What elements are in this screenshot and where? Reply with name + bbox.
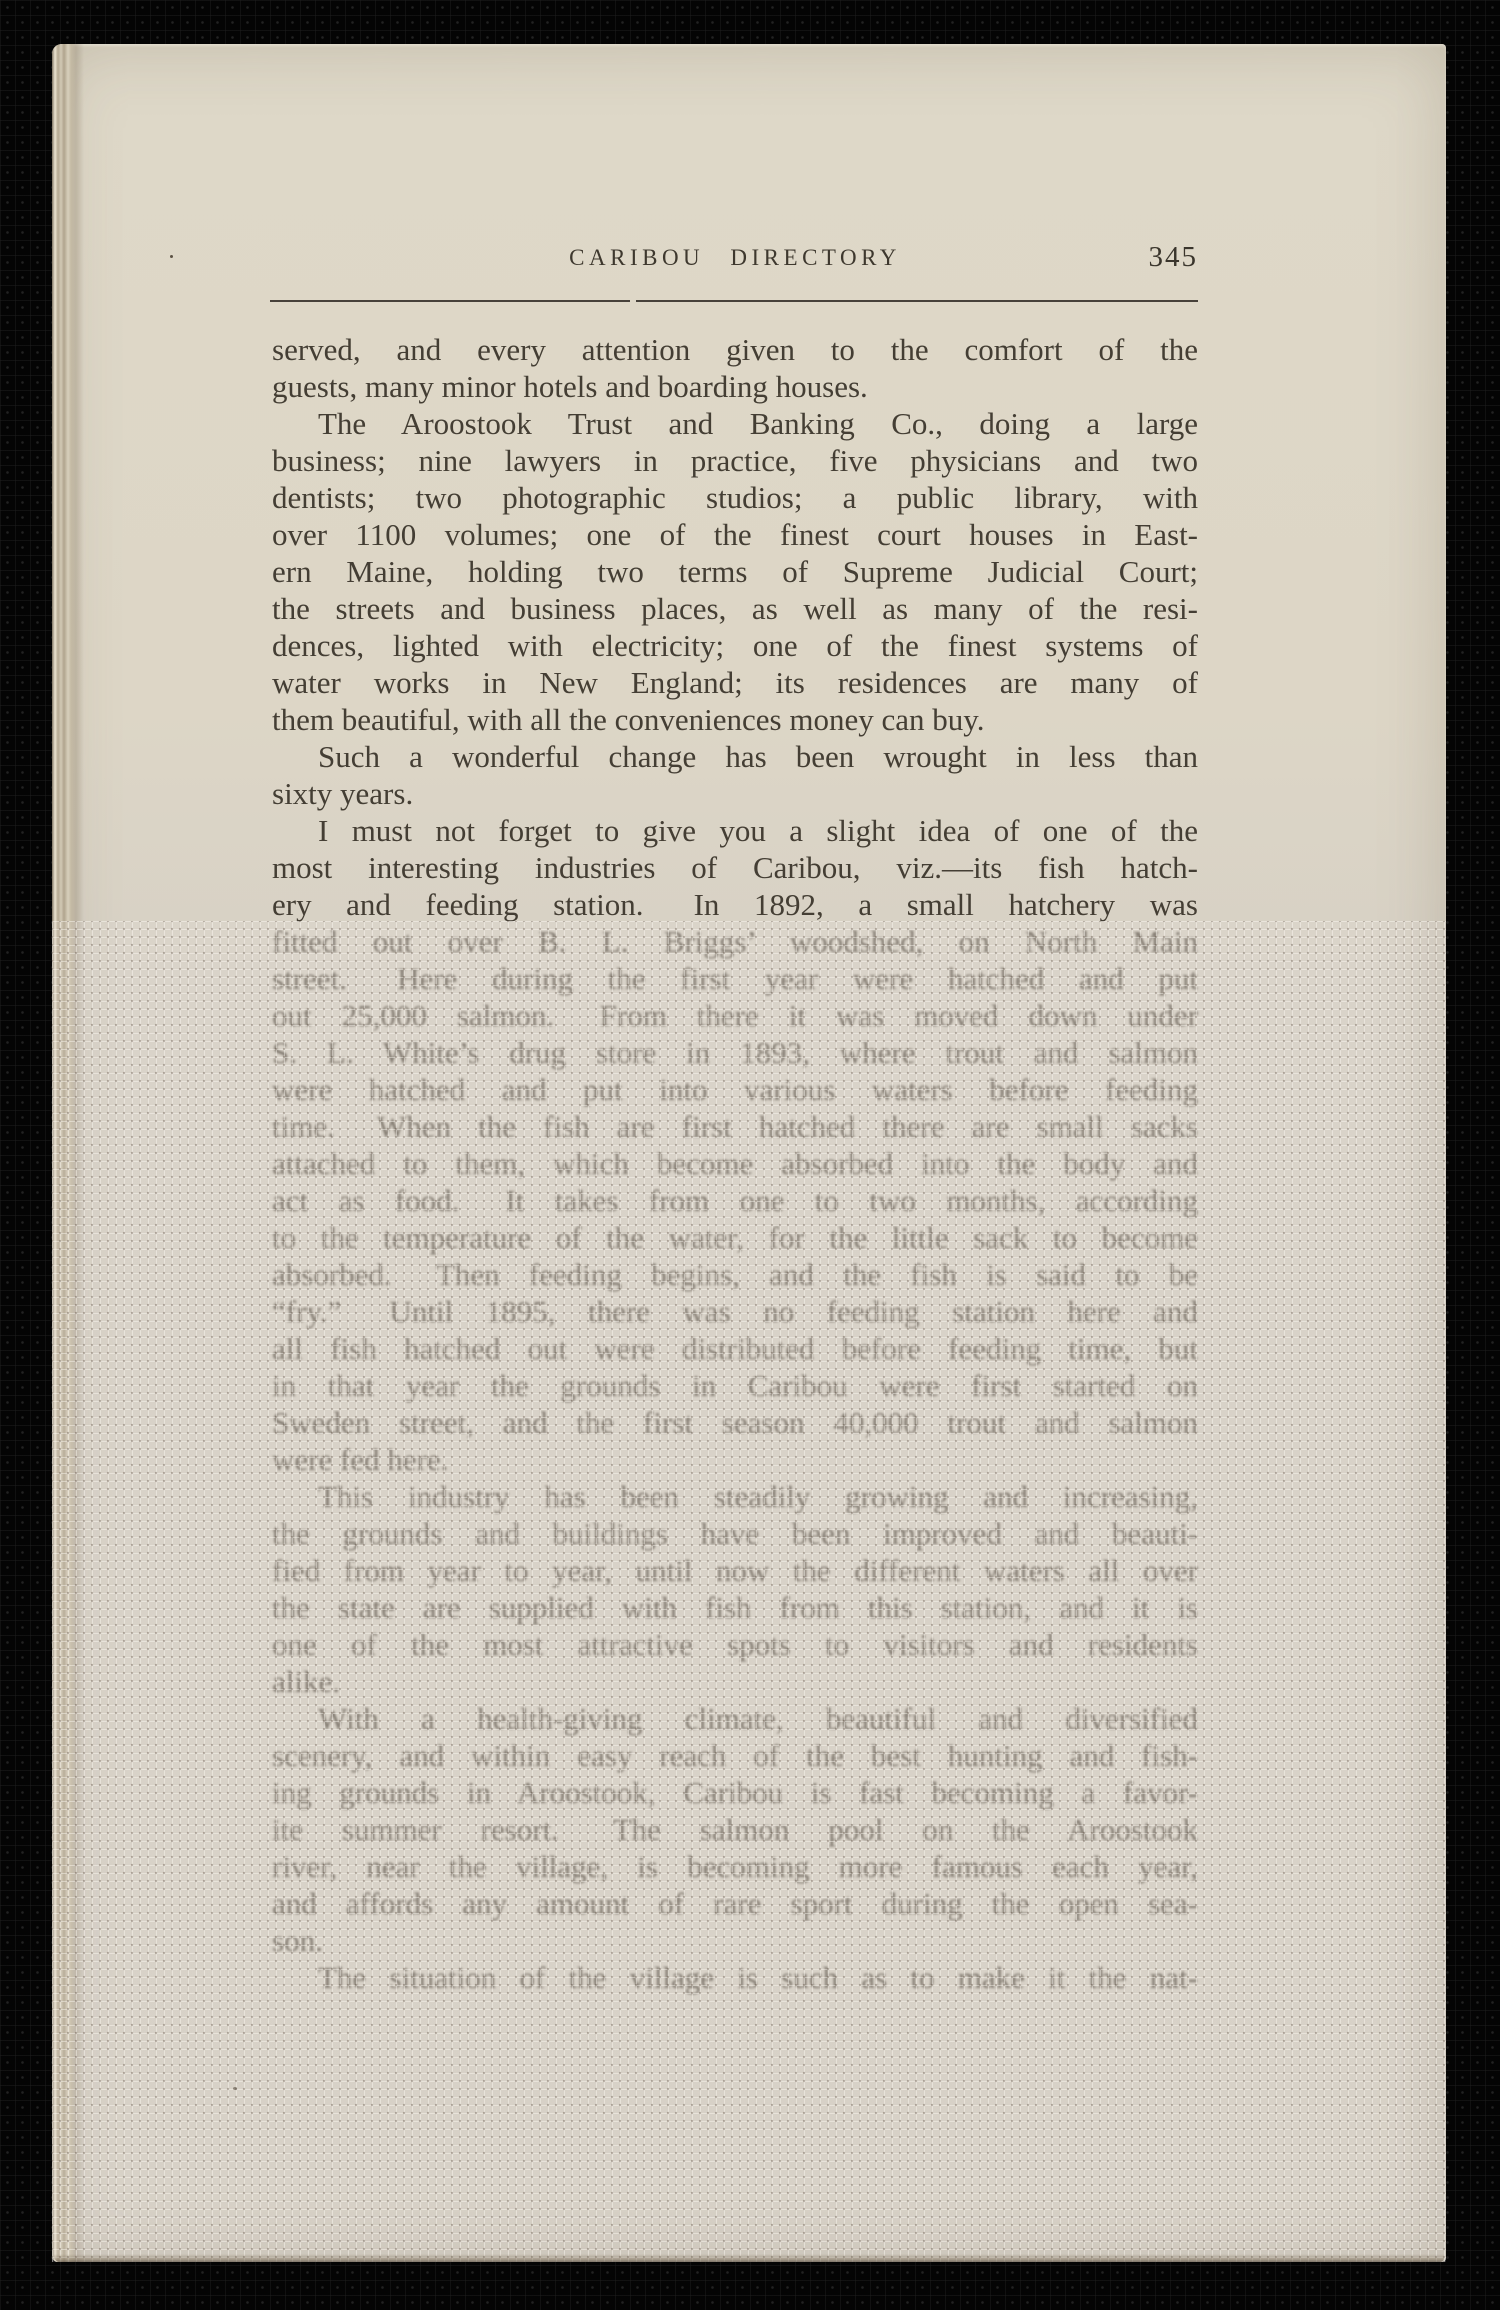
body-text-sharp: served, and every attention given to the… xyxy=(272,331,1198,923)
text-line: I must not forget to give you a slight i… xyxy=(272,812,1198,849)
text-line: over 1100 volumes; one of the finest cou… xyxy=(272,516,1198,553)
text-line: ite summer resort. The salmon pool on th… xyxy=(272,1811,1198,1848)
text-line: ing grounds in Aroostook, Caribou is fas… xyxy=(272,1774,1198,1811)
text-line: water works in New England; its residenc… xyxy=(272,664,1198,701)
text-line: them beautiful, with all the convenience… xyxy=(272,701,1198,738)
text-line: most interesting industries of Caribou, … xyxy=(272,849,1198,886)
text-line: The Aroostook Trust and Banking Co., doi… xyxy=(272,405,1198,442)
text-line: The situation of the village is such as … xyxy=(272,1959,1198,1996)
text-line: served, and every attention given to the… xyxy=(272,331,1198,368)
text-line: business; nine lawyers in practice, five… xyxy=(272,442,1198,479)
text-line: the streets and business places, as well… xyxy=(272,590,1198,627)
text-line: S. L. White’s drug store in 1893, where … xyxy=(272,1034,1198,1071)
text-line: absorbed. Then feeding begins, and the f… xyxy=(272,1256,1198,1293)
text-line: in that year the grounds in Caribou were… xyxy=(272,1367,1198,1404)
paper-speck xyxy=(233,2087,237,2090)
text-line: were fed here. xyxy=(272,1441,1198,1478)
text-line: and affords any amount of rare sport dur… xyxy=(272,1885,1198,1922)
text-line: street. Here during the first year were … xyxy=(272,960,1198,997)
page-title: CARIBOU DIRECTORY xyxy=(569,245,901,270)
text-line: attached to them, which become absorbed … xyxy=(272,1145,1198,1182)
header-rule-left xyxy=(270,300,630,302)
text-line: ery and feeding station. In 1892, a smal… xyxy=(272,886,1198,923)
scan-background: { "page": { "header": { "title": "CARIBO… xyxy=(0,0,1500,2310)
text-line: the state are supplied with fish from th… xyxy=(272,1589,1198,1626)
text-line: all fish hatched out were distributed be… xyxy=(272,1330,1198,1367)
text-line: “fry.” Until 1895, there was no feeding … xyxy=(272,1293,1198,1330)
text-line: Sweden street, and the first season 40,0… xyxy=(272,1404,1198,1441)
text-line: were hatched and put into various waters… xyxy=(272,1071,1198,1108)
body-text-faded: fitted out over B. L. Briggs’ woodshed, … xyxy=(272,923,1198,1996)
text-line: dences, lighted with electricity; one of… xyxy=(272,627,1198,664)
text-line: Such a wonderful change has been wrought… xyxy=(272,738,1198,775)
text-line: scenery, and within easy reach of the be… xyxy=(272,1737,1198,1774)
paper-speck xyxy=(170,255,173,258)
text-line: fitted out over B. L. Briggs’ woodshed, … xyxy=(272,923,1198,960)
text-line: guests, many minor hotels and boarding h… xyxy=(272,368,1198,405)
text-line: With a health-giving climate, beautiful … xyxy=(272,1700,1198,1737)
text-line: dentists; two photographic studios; a pu… xyxy=(272,479,1198,516)
text-line: act as food. It takes from one to two mo… xyxy=(272,1182,1198,1219)
header-rule-right xyxy=(636,300,1198,302)
text-line: son. xyxy=(272,1922,1198,1959)
text-line: alike. xyxy=(272,1663,1198,1700)
text-line: to the temperature of the water, for the… xyxy=(272,1219,1198,1256)
text-line: the grounds and buildings have been impr… xyxy=(272,1515,1198,1552)
text-line: fied from year to year, until now the di… xyxy=(272,1552,1198,1589)
text-line: out 25,000 salmon. From there it was mov… xyxy=(272,997,1198,1034)
text-line: This industry has been steadily growing … xyxy=(272,1478,1198,1515)
text-line: river, near the village, is becoming mor… xyxy=(272,1848,1198,1885)
text-line: time. When the fish are first hatched th… xyxy=(272,1108,1198,1145)
text-line: one of the most attractive spots to visi… xyxy=(272,1626,1198,1663)
page-header: CARIBOU DIRECTORY 345 xyxy=(272,245,1198,279)
book-page: CARIBOU DIRECTORY 345 served, and every … xyxy=(52,44,1446,2262)
text-line: ern Maine, holding two terms of Supreme … xyxy=(272,553,1198,590)
page-number: 345 xyxy=(1149,241,1199,274)
text-line: sixty years. xyxy=(272,775,1198,812)
